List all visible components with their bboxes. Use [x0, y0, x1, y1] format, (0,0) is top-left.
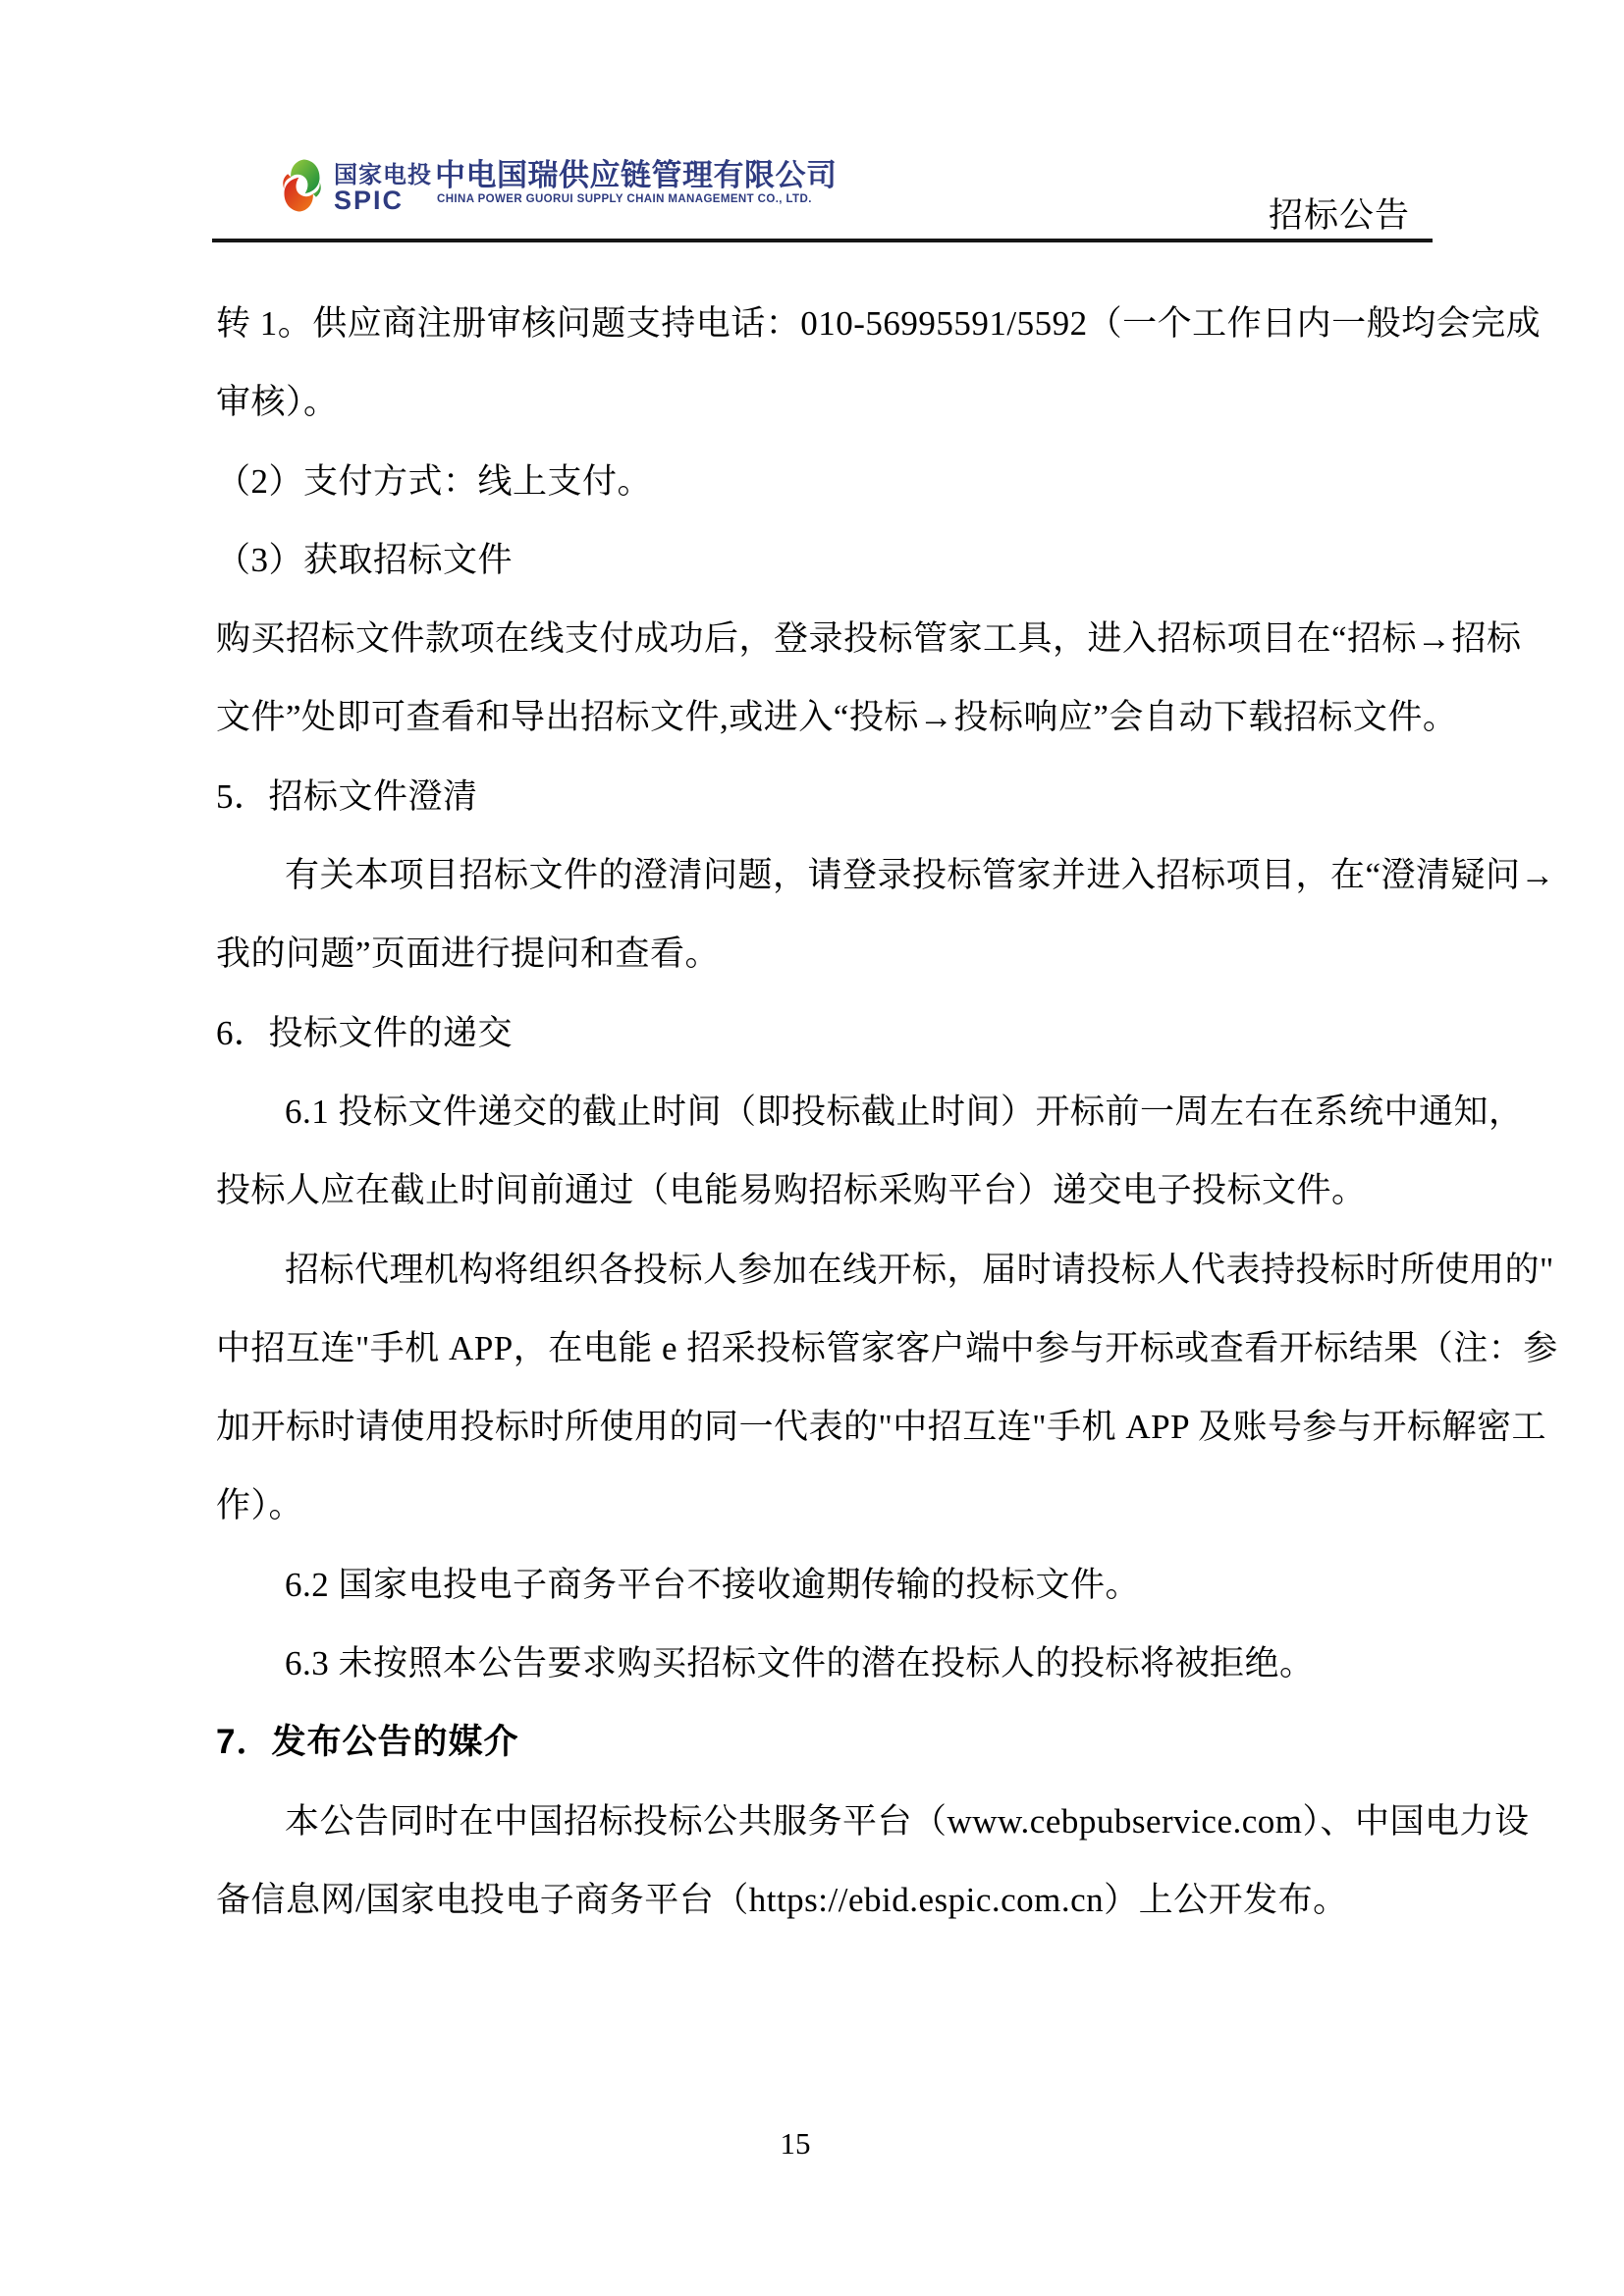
- body-line: （2）支付方式：线上支付。: [216, 443, 1522, 521]
- body-line: 审核）。: [216, 363, 1522, 442]
- body-line: 中招互连"手机 APP，在电能 e 招采投标管家客户端中参与开标或查看开标结果（…: [216, 1309, 1522, 1388]
- company-name-cn: 中电国瑞供应链管理有限公司: [435, 159, 838, 191]
- body-line: 投标人应在截止时间前通过（电能易购招标采购平台）递交电子投标文件。: [216, 1151, 1522, 1230]
- spic-logo-icon: [280, 158, 324, 213]
- body-line: 有关本项目招标文件的澄清问题，请登录投标管家并进入招标项目，在“澄清疑问→: [216, 836, 1522, 915]
- header-rule: [212, 239, 1433, 242]
- body-line: 6．投标文件的递交: [216, 994, 1522, 1073]
- body-line: 我的问题”页面进行提问和查看。: [216, 915, 1522, 993]
- body-line: 备信息网/国家电投电子商务平台（https://ebid.espic.com.c…: [216, 1861, 1522, 1940]
- body-line: 转 1。供应商注册审核问题支持电话：010-56995591/5592（一个工作…: [216, 285, 1522, 363]
- doc-type-label: 招标公告: [1269, 197, 1410, 235]
- body-line: 招标代理机构将组织各投标人参加在线开标，届时请投标人代表持投标时所使用的": [216, 1231, 1522, 1309]
- body-line: 文件”处即可查看和导出招标文件,或进入“投标→投标响应”会自动下载招标文件。: [216, 678, 1522, 757]
- body-line: 本公告同时在中国招标投标公共服务平台（www.cebpubservice.com…: [216, 1783, 1522, 1861]
- body-line: （3）获取招标文件: [216, 521, 1522, 600]
- document-body: 转 1。供应商注册审核问题支持电话：010-56995591/5592（一个工作…: [216, 285, 1522, 1940]
- section-heading: 7．发布公告的媒介: [216, 1703, 1522, 1782]
- page-number: 15: [216, 2127, 1375, 2161]
- spic-brand-en: SPIC: [334, 187, 404, 213]
- body-line: 6.3 未按照本公告要求购买招标文件的潜在投标人的投标将被拒绝。: [216, 1625, 1522, 1703]
- company-name-en: CHINA POWER GUORUI SUPPLY CHAIN MANAGEME…: [437, 193, 812, 205]
- body-line: 6.2 国家电投电子商务平台不接收逾期传输的投标文件。: [216, 1546, 1522, 1625]
- body-line: 作）。: [216, 1467, 1522, 1545]
- body-line: 加开标时请使用投标时所使用的同一代表的"中招互连"手机 APP 及账号参与开标解…: [216, 1388, 1522, 1467]
- body-line: 6.1 投标文件递交的截止时间（即投标截止时间）开标前一周左右在系统中通知，: [216, 1073, 1522, 1151]
- body-line: 5．招标文件澄清: [216, 758, 1522, 836]
- body-line: 购买招标文件款项在线支付成功后，登录投标管家工具，进入招标项目在“招标→招标: [216, 600, 1522, 678]
- document-page: 国家电投 SPIC 中电国瑞供应链管理有限公司 CHINA POWER GUOR…: [0, 0, 1624, 2296]
